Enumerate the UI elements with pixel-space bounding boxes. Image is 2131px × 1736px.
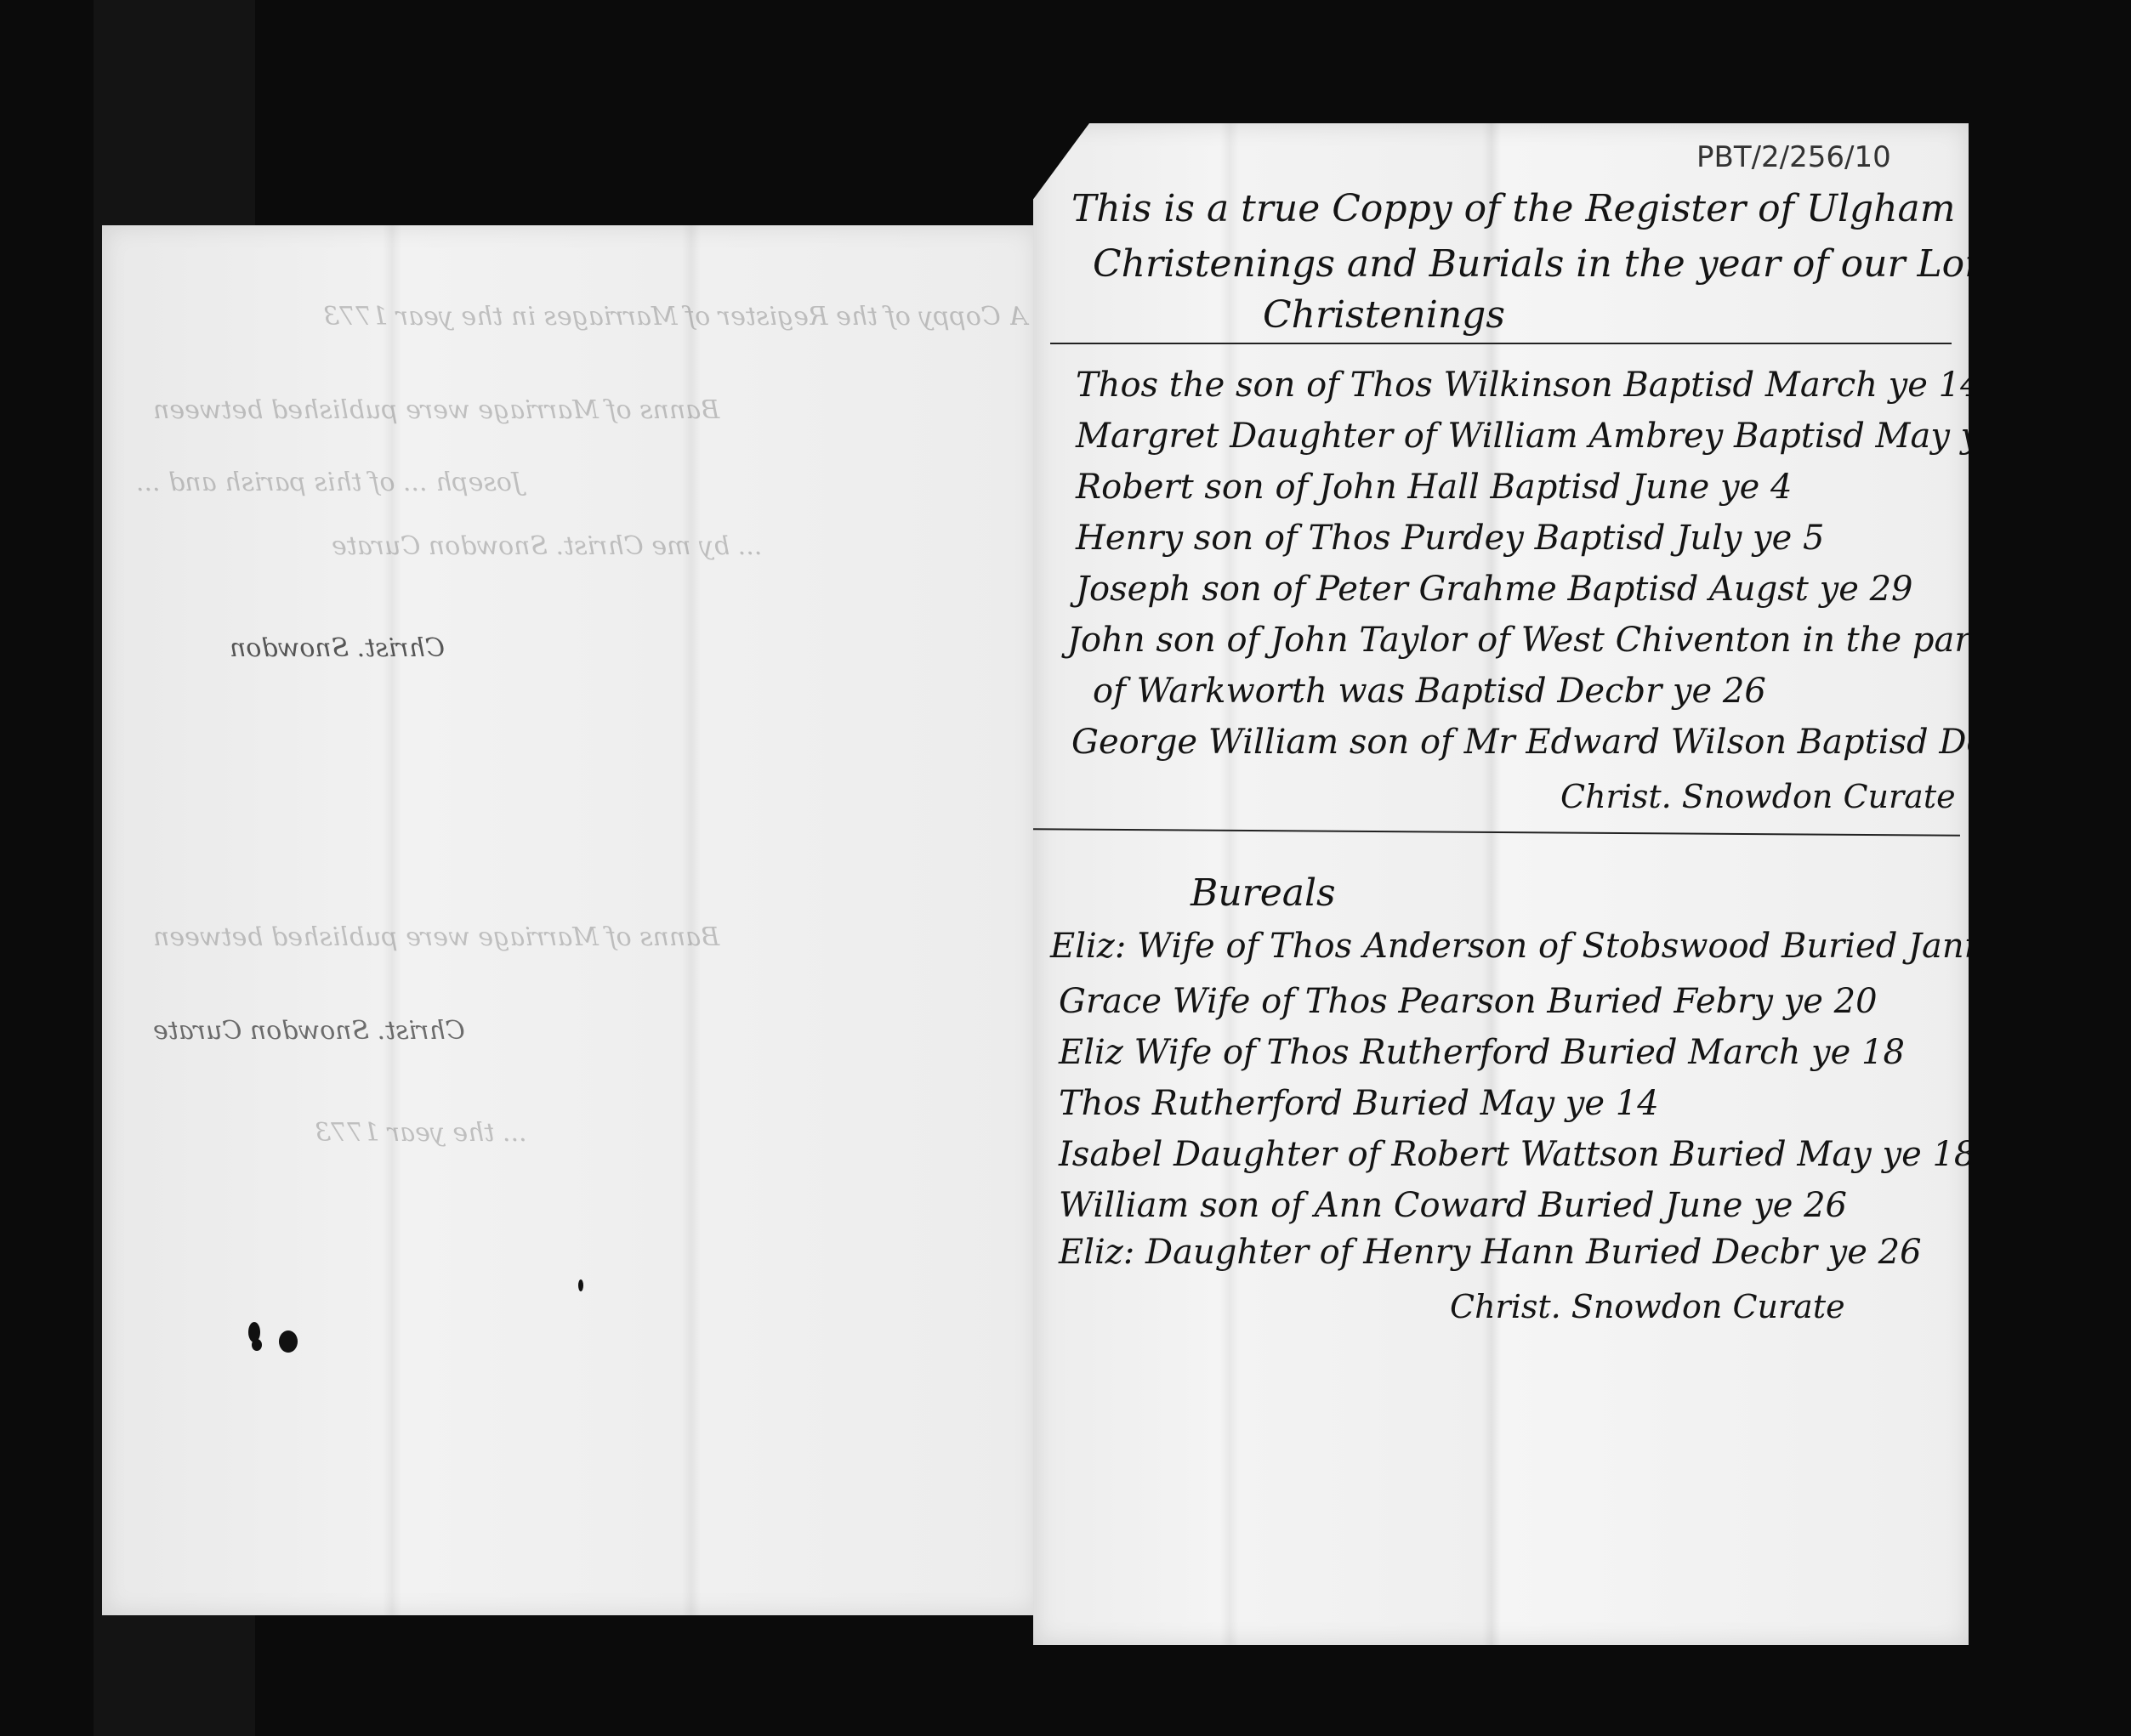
- burial-entry: Eliz: Daughter of Henry Hann Buried Decb…: [1059, 1233, 1922, 1272]
- curate-signature: Christ. Snowdon Curate: [1560, 778, 1956, 815]
- burials-heading: Bureals: [1191, 871, 1336, 915]
- title-line: This is a true Coppy of the Register of …: [1071, 187, 2003, 230]
- left-page-verso: A Coppy of the Register of Marriages in …: [102, 225, 1037, 1615]
- christening-entry: Robert son of John Hall Baptisd June ye …: [1076, 468, 1792, 507]
- bleedthrough-line: ... the year 1773: [315, 1118, 527, 1148]
- divider: [1050, 343, 1952, 344]
- ink-blot: [252, 1339, 262, 1351]
- christening-entry: Thos the son of Thos Wilkinson Baptisd M…: [1076, 366, 1982, 405]
- bleedthrough-line: Banns of Marriage were published between: [153, 922, 719, 952]
- right-page-register: PBT/2/256/10 This is a true Coppy of the…: [1033, 123, 1969, 1645]
- ink-blot: [578, 1279, 583, 1291]
- ink-blot: [279, 1330, 298, 1353]
- burial-entry: Thos Rutherford Buried May ye 14: [1059, 1084, 1659, 1123]
- burial-entry: Isabel Daughter of Robert Wattson Buried…: [1059, 1135, 1975, 1174]
- burial-entry: William son of Ann Coward Buried June ye…: [1059, 1186, 1847, 1225]
- christening-entry: John son of John Taylor of West Chivento…: [1067, 621, 2021, 660]
- bleedthrough-line: ... by me Christ. Snowdon Curate: [332, 531, 762, 561]
- christening-entry: Henry son of Thos Purdey Baptisd July ye…: [1076, 519, 1825, 558]
- burial-entry: Grace Wife of Thos Pearson Buried Febry …: [1059, 982, 1878, 1021]
- burial-entry: Eliz: Wife of Thos Anderson of Stobswood…: [1050, 927, 2104, 966]
- bleedthrough-line: Christ. Snowdon Curate: [153, 1016, 465, 1046]
- bleedthrough-line: Banns of Marriage were published between: [153, 395, 719, 425]
- christening-entry: George William son of Mr Edward Wilson B…: [1071, 723, 2131, 762]
- curate-signature: Christ. Snowdon Curate: [1450, 1288, 1845, 1325]
- christening-entry: Margret Daughter of William Ambrey Bapti…: [1076, 417, 2054, 456]
- divider: [1033, 828, 1960, 837]
- burial-entry: Eliz Wife of Thos Rutherford Buried Marc…: [1059, 1033, 1905, 1072]
- title-line: Christenings and Burials in the year of …: [1093, 242, 2113, 286]
- bleedthrough-line: Joseph ... of this parish and ...: [136, 468, 522, 497]
- bleedthrough-line: Christ. Snowdon: [230, 633, 445, 663]
- bleedthrough-line: A Coppy of the Register of Marriages in …: [323, 302, 1027, 332]
- christening-entry: Joseph son of Peter Grahme Baptisd Augst…: [1076, 570, 1912, 609]
- archive-reference: PBT/2/256/10: [1696, 140, 1891, 174]
- christening-entry: of Warkworth was Baptisd Decbr ye 26: [1093, 672, 1766, 711]
- christenings-heading: Christenings: [1263, 293, 1505, 337]
